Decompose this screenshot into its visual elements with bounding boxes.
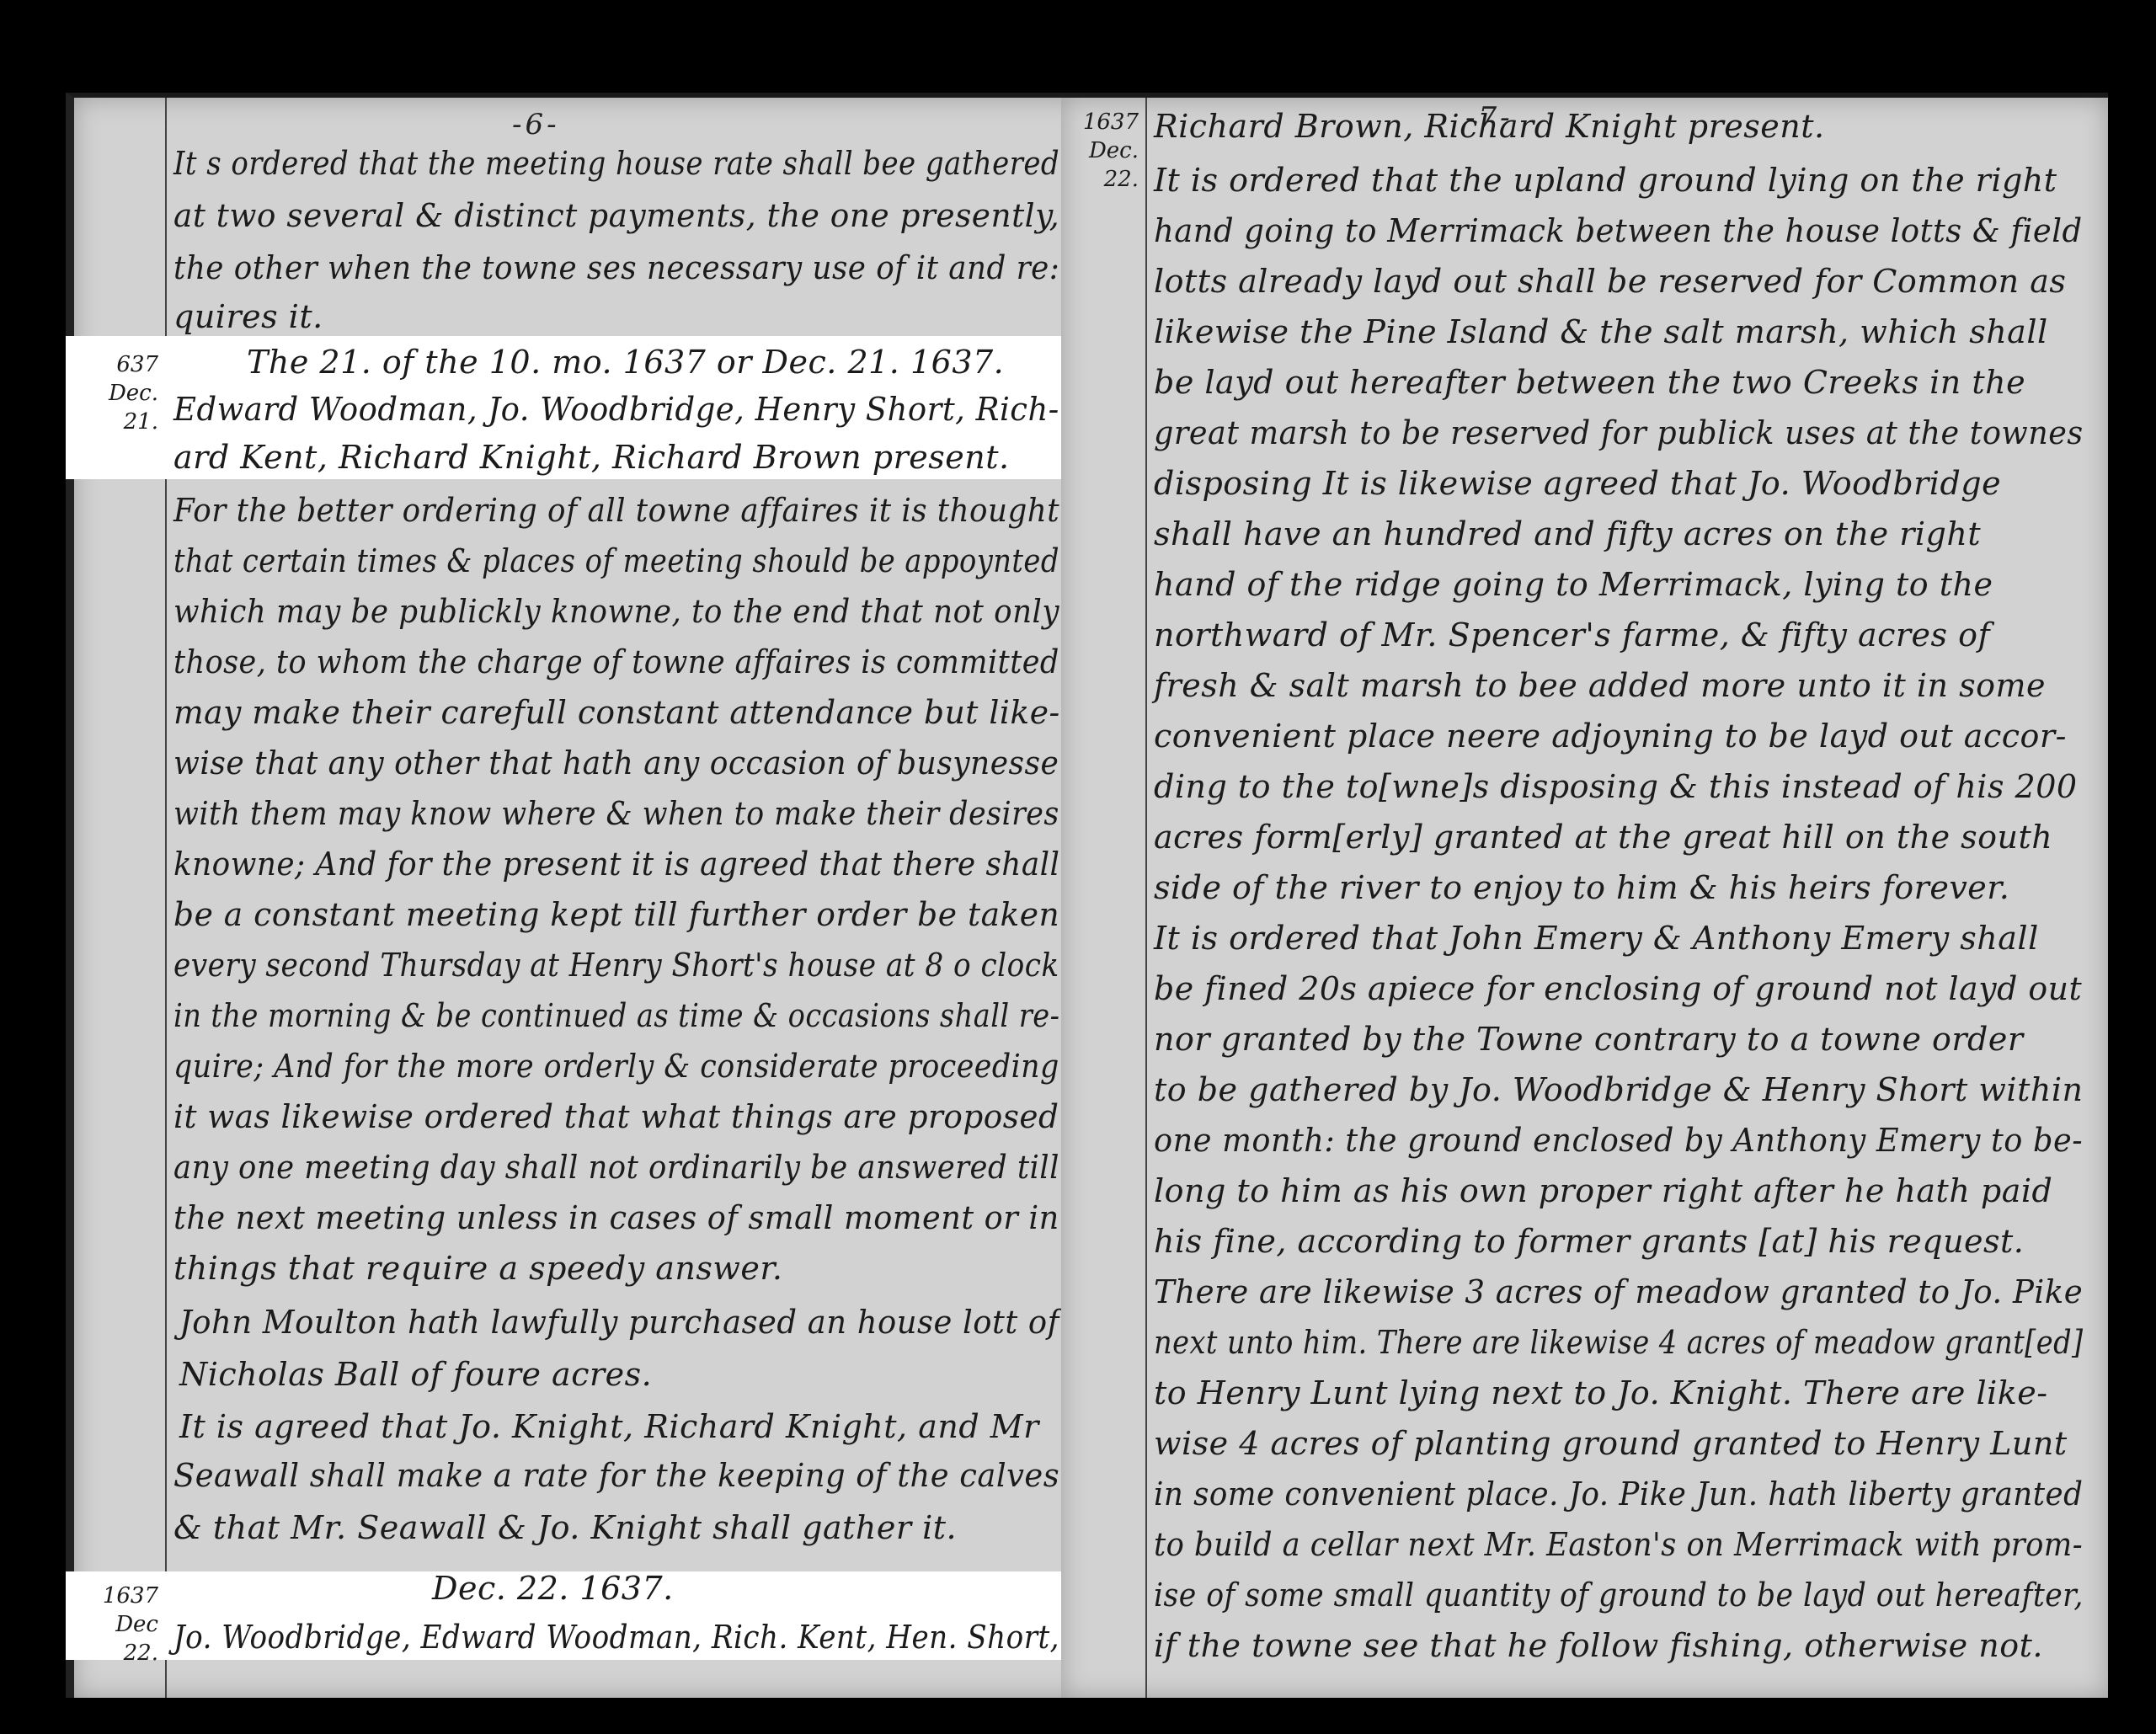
text-line: It is ordered that John Emery & Anthony …	[1154, 920, 2039, 957]
text-line: long to him as his own proper right afte…	[1154, 1172, 2052, 1209]
text-line: which may be publickly knowne, to the en…	[173, 593, 1059, 630]
text-line: next unto him. There are likewise 4 acre…	[1154, 1324, 2084, 1361]
text-line: Seawall shall make a rate for the keepin…	[173, 1457, 1059, 1494]
entry-heading-dec-22: Dec. 22. 1637.	[432, 1570, 674, 1607]
margin-note-dec-22: 1637 Dec 22.	[74, 1582, 158, 1667]
right-page: -7- 1637 Dec. 22. Richard Brown, Richard…	[1061, 93, 2108, 1698]
text-line: acres form[erly] granted at the great hi…	[1154, 819, 2052, 856]
text-line: be a constant meeting kept till further …	[173, 896, 1059, 933]
text-line: shall have an hundred and fifty acres on…	[1154, 515, 1981, 552]
text-line: in the morning & be continued as time & …	[173, 997, 1059, 1034]
text-line: great marsh to be reserved for publick u…	[1154, 414, 2084, 451]
text-line: ard Kent, Richard Knight, Richard Brown …	[173, 439, 1010, 476]
text-line: to be gathered by Jo. Woodbridge & Henry…	[1154, 1071, 2083, 1108]
text-line: ise of some small quantity of ground to …	[1154, 1577, 2084, 1614]
text-line: be fined 20s apiece for enclosing of gro…	[1154, 970, 2082, 1007]
text-line: lotts already layd out shall be reserved…	[1154, 263, 2066, 300]
text-line: Jo. Woodbridge, Edward Woodman, Rich. Ke…	[173, 1619, 1059, 1656]
left-page: -6- It s ordered that the meeting house …	[66, 93, 1085, 1698]
text-line: It is agreed that Jo. Knight, Richard Kn…	[179, 1408, 1039, 1445]
margin-note-dec-22-cont: 1637 Dec. 22.	[1054, 108, 1139, 194]
text-line: John Moulton hath lawfully purchased an …	[179, 1304, 1059, 1341]
text-line: the next meeting unless in cases of smal…	[173, 1199, 1059, 1236]
text-line: It is ordered that the upland ground lyi…	[1154, 162, 2057, 199]
text-line: disposing It is likewise agreed that Jo.…	[1154, 465, 2001, 502]
text-line: with them may know where & when to make …	[173, 795, 1059, 832]
text-line: things that require a speedy answer.	[173, 1250, 783, 1287]
text-line: in some convenient place. Jo. Pike Jun. …	[1154, 1475, 2083, 1513]
text-line: the other when the towne ses necessary u…	[173, 249, 1059, 286]
margin-note-year: 1637	[1054, 108, 1139, 136]
text-line: fresh & salt marsh to bee added more unt…	[1154, 667, 2046, 704]
margin-note-date: Dec. 21.	[74, 379, 158, 436]
text-line: It s ordered that the meeting house rate…	[173, 145, 1059, 182]
text-line: every second Thursday at Henry Short's h…	[173, 947, 1059, 984]
text-line: hand going to Merrimack between the hous…	[1154, 212, 2083, 249]
text-line: hand of the ridge going to Merrimack, ly…	[1154, 566, 1993, 603]
text-line: Edward Woodman, Jo. Woodbridge, Henry Sh…	[173, 391, 1059, 428]
text-line: quire; And for the more orderly & consid…	[173, 1048, 1059, 1085]
margin-note-dec-21: 637 Dec. 21.	[74, 350, 158, 436]
manuscript-book: -6- It s ordered that the meeting house …	[66, 93, 2108, 1693]
entry-heading-dec-21: The 21. of the 10. mo. 1637 or Dec. 21. …	[247, 344, 1004, 381]
text-line: convenient place neere adjoyning to be l…	[1154, 718, 2067, 755]
text-line: likewise the Pine Island & the salt mars…	[1154, 313, 2048, 350]
text-line: be layd out hereafter between the two Cr…	[1154, 364, 2025, 401]
page-number-left: -6-	[512, 108, 560, 141]
margin-note-year: 1637	[74, 1582, 158, 1610]
text-line: & that Mr. Seawall & Jo. Knight shall ga…	[173, 1509, 957, 1546]
text-line: those, to whom the charge of towne affai…	[173, 643, 1059, 680]
text-line: one month: the ground enclosed by Anthon…	[1154, 1122, 2083, 1159]
margin-note-date: Dec 22.	[74, 1610, 158, 1667]
text-line: wise 4 acres of planting ground granted …	[1154, 1425, 2068, 1462]
text-line: ding to the to[wne]s disposing & this in…	[1154, 768, 2078, 805]
text-line: nor granted by the Towne contrary to a t…	[1154, 1021, 2024, 1058]
text-line: his fine, according to former grants [at…	[1154, 1223, 2024, 1260]
text-line: may make their carefull constant attenda…	[173, 694, 1060, 731]
text-line: There are likewise 3 acres of meadow gra…	[1154, 1273, 2083, 1310]
margin-note-year: 637	[74, 350, 158, 379]
text-line: Nicholas Ball of foure acres.	[179, 1356, 652, 1393]
text-line: side of the river to enjoy to him & his …	[1154, 869, 2009, 906]
text-line: quires it.	[173, 298, 323, 335]
text-line: it was likewise ordered that what things…	[173, 1098, 1059, 1135]
text-line: Richard Brown, Richard Knight present.	[1154, 108, 1825, 145]
text-line: wise that any other that hath any occasi…	[173, 744, 1059, 782]
text-line: knowne; And for the present it is agreed…	[173, 846, 1059, 883]
text-line: For the better ordering of all towne aff…	[173, 492, 1059, 529]
text-line: northward of Mr. Spencer's farme, & fift…	[1154, 616, 1990, 654]
text-line: at two several & distinct payments, the …	[173, 197, 1059, 234]
right-margin-rule	[1145, 98, 1147, 1698]
margin-note-date: Dec. 22.	[1054, 136, 1139, 194]
text-line: to build a cellar next Mr. Easton's on M…	[1154, 1526, 2083, 1563]
text-line: that certain times & places of meeting s…	[173, 542, 1059, 579]
text-line: any one meeting day shall not ordinarily…	[173, 1149, 1059, 1186]
text-line: if the towne see that he follow fishing,…	[1154, 1627, 2043, 1664]
text-line: to Henry Lunt lying next to Jo. Knight. …	[1154, 1374, 2048, 1411]
